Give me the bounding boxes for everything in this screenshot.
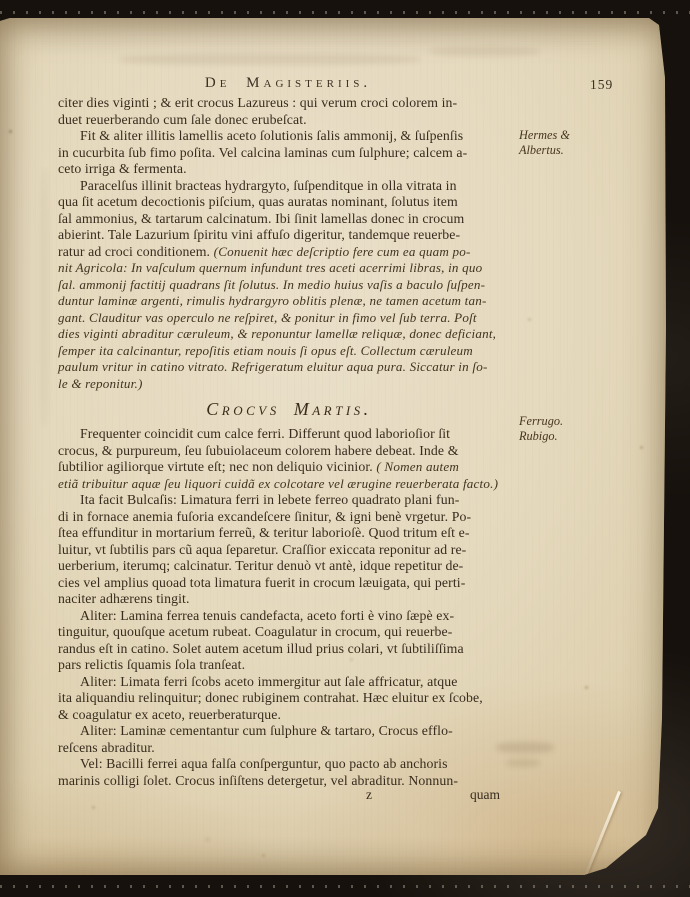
margin-note-line: Hermes & [519,128,669,143]
film-edge-bottom [0,885,690,888]
margin-note-hermes: Hermes & Albertus. [519,128,669,157]
foxing-specks [0,18,3,21]
text-line: ſemper ita calcinantur, repoſitis etiam … [58,343,520,360]
text-line: cies vel amplius quoad tota limatura fue… [58,575,520,592]
text-line: ita aliquandiu relinquitur; donec rubigi… [58,690,520,707]
text-line: duet reuerberando cum ſale donec erubeſc… [58,112,520,129]
page-number: 159 [590,77,613,93]
paragraph: Frequenter coincidit cum calce ferri. Di… [58,426,520,476]
fold-crease [582,791,621,881]
running-title: De Magisteriis. [205,75,371,91]
text-line: paulum vritur in catino vitrato. Refrige… [58,359,520,376]
text-line: Vel: Bacilli ferrei aqua falſa conſpergu… [58,756,520,773]
bleedthrough-smudge [120,54,420,65]
text-line: ceto irriga & fermenta. [58,161,520,178]
text-line: citer dies viginti ; & erit crocus Lazur… [58,95,520,112]
text-line: tinguitur, quouſque acetum rubeat. Coagu… [58,624,520,641]
bleedthrough-smudge [40,168,49,428]
paragraph: Vel: Bacilli ferrei aqua falſa conſpergu… [58,756,520,789]
signature-mark: z [366,787,372,803]
text-line: ſubtilior agiliorque virtute eſt; nec no… [58,459,520,476]
text-line: Aliter: Lamina ferrea tenuis candefacta,… [58,608,520,625]
text-line: reſcens abraditur. [58,740,520,757]
text-line: di in fornace anemia fuſoria excandeſcer… [58,509,520,526]
paragraph: nit Agricola: In vaſculum quernum infund… [58,260,520,392]
text-line: ſal ammonius, & tartarum calcinatum. Ibi… [58,211,520,228]
text-line: Fit & aliter illitis lamellis aceto ſolu… [58,128,520,145]
paragraph: Aliter: Laminæ cementantur cum ſulphure … [58,723,520,756]
text-line: luitur, vt ſubtilis pars cũ aqua ſeparet… [58,542,520,559]
text-line: Aliter: Limata ferri ſcobs aceto immergi… [58,674,520,691]
text-line: le & reponitur.) [58,376,520,393]
text-line: naciter adhærens tingit. [58,591,520,608]
text-line: dies viginti abraditur cæruleum, & repon… [58,326,520,343]
paragraph: etiã tribuitur aquæ ſeu liquori cuidã ex… [58,476,520,493]
paragraph: Aliter: Lamina ferrea tenuis candefacta,… [58,608,520,674]
text-line: & coagulatur ex aceto, reuerberaturque. [58,707,520,724]
film-edge-top [0,11,690,14]
text-line: Aliter: Laminæ cementantur cum ſulphure … [58,723,520,740]
text-line: randus eſt in catino. Solet autem acetum… [58,641,520,658]
page-header: De Magisteriis. [58,74,518,92]
paragraph: Paracelſus illinit bracteas hydrargyto, … [58,178,520,261]
catchword: quam [470,787,500,803]
text-line: crocus, & purpureum, ſeu ſubuiolaceum co… [58,443,520,460]
paper-page: De Magisteriis. 159 citer dies viginti ;… [0,18,673,875]
text-line: Frequenter coincidit cum calce ferri. Di… [58,426,520,443]
text-line: duntur laminæ argenti, rimulis hydrargyr… [58,293,520,310]
margin-note-line: Ferrugo. [519,414,669,429]
text-line: Ita facit Bulcaſis: Limatura ferri in le… [58,492,520,509]
text-line: etiã tribuitur aquæ ſeu liquori cuidã ex… [58,476,520,493]
margin-note-line: Albertus. [519,143,669,158]
text-line: abierint. Tale Lazurium ſpiritu vini aff… [58,227,520,244]
text-line: pars relictis ſquamis ſola tranſeat. [58,657,520,674]
margin-note-ferrugo: Ferrugo. Rubigo. [519,414,669,443]
text-line: ſtea effunditur in mortarium ferreũ, & t… [58,525,520,542]
text-line: gant. Clauditur vas operculo ne reſpiret… [58,310,520,327]
paragraph: Ita facit Bulcaſis: Limatura ferri in le… [58,492,520,608]
text-line: qua ſit acetum decoctionis piſcium, quas… [58,194,520,211]
page-footer: z quam [58,787,520,804]
bleedthrough-smudge [430,47,540,56]
text-line: in cucurbita ſub fimo poſita. Vel calcin… [58,145,520,162]
text-column: citer dies viginti ; & erit crocus Lazur… [58,95,520,789]
text-line: Paracelſus illinit bracteas hydrargyto, … [58,178,520,195]
text-line: ſal. ammonij factitij quadrans ſit ſolut… [58,277,520,294]
margin-note-line: Rubigo. [519,429,669,444]
paragraph: Fit & aliter illitis lamellis aceto ſolu… [58,128,520,178]
text-line: nit Agricola: In vaſculum quernum infund… [58,260,520,277]
text-line: uerberium, iterumq; calcinatur. Teritur … [58,558,520,575]
paragraph: citer dies viginti ; & erit crocus Lazur… [58,95,520,128]
section-heading: Crocvs Martis. [58,399,520,419]
paragraph: Aliter: Limata ferri ſcobs aceto immergi… [58,674,520,724]
text-line: ratur ad croci conditionem. (Conuenit hæ… [58,244,520,261]
